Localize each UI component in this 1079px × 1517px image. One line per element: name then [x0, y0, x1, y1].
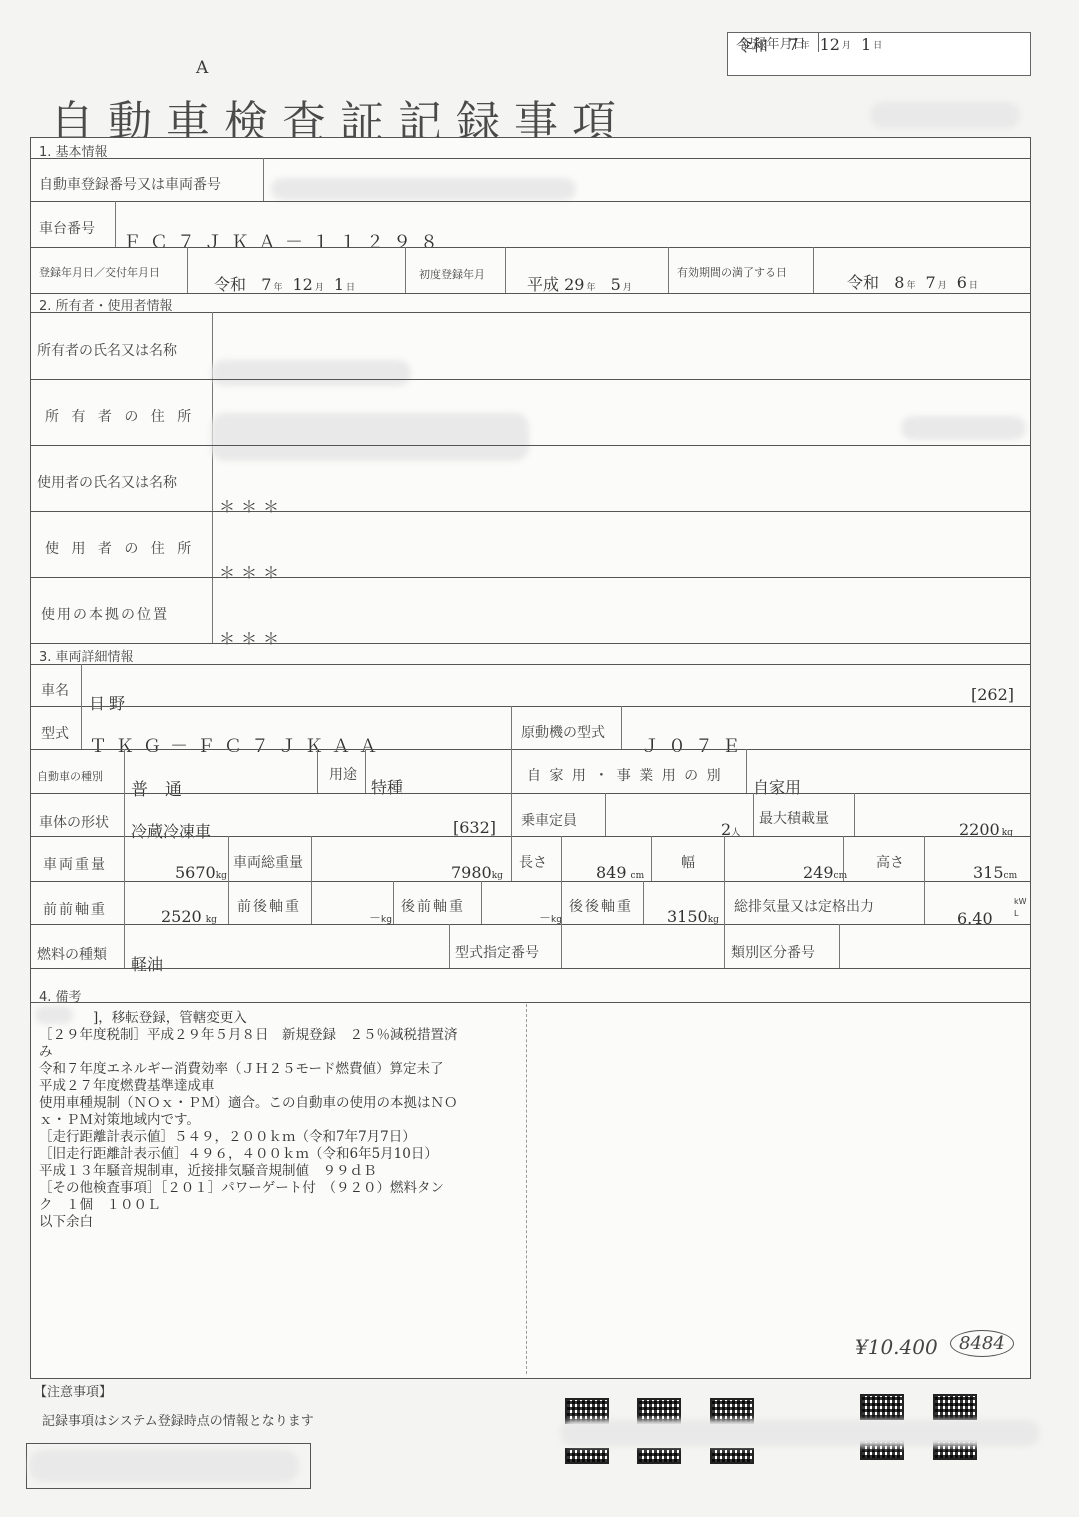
- owner-name-label: 所有者の氏名又は名称: [37, 340, 177, 360]
- width-value: 249cm: [803, 863, 847, 882]
- qr-code-icon: [637, 1448, 681, 1464]
- user-name-value: ＊＊＊: [219, 494, 285, 517]
- capacity-label: 乗車定員: [521, 810, 577, 830]
- record-date-box: 記録年月日 令和 7年12月1日: [727, 32, 1031, 76]
- use-label: 用途: [329, 764, 357, 784]
- gross-value: 7980kg: [451, 863, 503, 882]
- qr-code-icon: [710, 1448, 754, 1464]
- displacement-units: kWL: [1014, 896, 1027, 920]
- record-date-value: 令和 7年12月1日: [728, 33, 892, 56]
- ff-axle-label: 前前軸重: [43, 899, 107, 919]
- maker-value: 日野: [89, 691, 129, 714]
- reg-date-label: 登録年月日／交付年月日: [39, 264, 160, 280]
- engine-value: Ｊ０７Ｅ: [641, 732, 749, 758]
- stamp-box: [26, 1443, 311, 1489]
- inspection-record-form: 1. 基本情報 自動車登録番号又は車両番号 車台番号 ＦＣ７ＪＫＡ－１１２９８ …: [30, 137, 1031, 1379]
- redacted-area: [870, 102, 1020, 128]
- use-value: 特種: [371, 775, 403, 798]
- qr-code-icon: [565, 1448, 609, 1464]
- max-load-label: 最大積載量: [759, 808, 829, 828]
- body-label: 車体の形状: [39, 812, 109, 832]
- displacement-value: 6.40: [957, 909, 993, 928]
- first-reg-label: 初度登録年月: [419, 266, 485, 282]
- remarks-text: ]，移転登録，管轄変更入 ［２９年度税制］平成２９年５月８日 新規登録 ２５％減…: [39, 1010, 527, 1231]
- notice-text: 記録事項はシステム登録時点の情報となります: [42, 1410, 314, 1429]
- fr-axle-label: 前後軸重: [237, 896, 301, 916]
- private-label: 自 家 用 ・ 事 業 用 の 別: [527, 765, 723, 785]
- type-designation-label: 型式指定番号: [455, 942, 539, 962]
- reg-date-value: 令和 7年12月1日: [214, 272, 365, 295]
- category-number-label: 類別区分番号: [731, 942, 815, 962]
- qr-code-icon: [860, 1394, 904, 1420]
- rf-axle-label: 後前軸重: [401, 896, 465, 916]
- first-reg-value: 平成 29年 5月: [527, 272, 642, 295]
- base-location-value: ＊＊＊: [219, 626, 285, 649]
- category-value: 普 通: [131, 775, 182, 800]
- gross-label: 車両総重量: [233, 852, 303, 872]
- chassis-value: ＦＣ７ＪＫＡ－１１２９８: [123, 228, 447, 254]
- owner-address-label: 所 有 者 の 住 所: [45, 406, 195, 426]
- maker-label: 車名: [41, 680, 69, 700]
- expiry-label: 有効期間の満了する日: [677, 264, 787, 280]
- handwritten-circled-number: 8484: [950, 1330, 1014, 1357]
- height-value: 315cm: [973, 863, 1017, 882]
- weight-label: 車両重量: [43, 854, 107, 874]
- height-label: 高さ: [876, 852, 904, 872]
- model-label: 型式: [41, 723, 69, 743]
- category-label: 自動車の種別: [37, 768, 103, 784]
- length-value: 849cm: [596, 863, 644, 882]
- form-letter: A: [196, 58, 208, 78]
- weight-value: 5670kg: [175, 863, 227, 882]
- maker-code: [262]: [971, 685, 1014, 704]
- chassis-label: 車台番号: [39, 218, 95, 238]
- body-code: [632]: [453, 818, 496, 837]
- user-address-value: ＊＊＊: [219, 560, 285, 583]
- reg-number-label: 自動車登録番号又は車両番号: [39, 174, 221, 194]
- qr-code-icon: [933, 1394, 977, 1420]
- handwritten-fee: ¥10.400: [855, 1335, 938, 1359]
- fuel-value: 軽油: [131, 952, 163, 975]
- base-location-label: 使用の本拠の位置: [41, 604, 169, 624]
- user-address-label: 使 用 者 の 住 所: [45, 538, 195, 558]
- reg-number-redacted: [271, 178, 576, 200]
- owner-name-redacted: [211, 360, 411, 386]
- qr-redacted: [560, 1420, 1040, 1446]
- notice-title: 【注意事項】: [34, 1381, 112, 1400]
- owner-address-redacted-2: [901, 416, 1026, 440]
- width-label: 幅: [681, 852, 695, 872]
- engine-label: 原動機の型式: [521, 722, 605, 742]
- model-value: ＴＫＧ－ＦＣ７ＪＫＡＡ: [89, 732, 386, 758]
- section-3-title: 3. 車両詳細情報: [39, 646, 134, 665]
- private-value: 自家用: [753, 775, 801, 798]
- user-name-label: 使用者の氏名又は名称: [37, 472, 177, 492]
- rr-axle-label: 後後軸重: [569, 896, 633, 916]
- body-value: 冷蔵冷凍車: [131, 819, 211, 842]
- fuel-label: 燃料の種類: [37, 944, 107, 964]
- length-label: 長さ: [519, 852, 547, 872]
- expiry-value: 令和 8年7月6日: [847, 270, 988, 293]
- owner-address-redacted: [211, 413, 529, 461]
- displacement-label: 総排気量又は定格出力: [734, 896, 874, 916]
